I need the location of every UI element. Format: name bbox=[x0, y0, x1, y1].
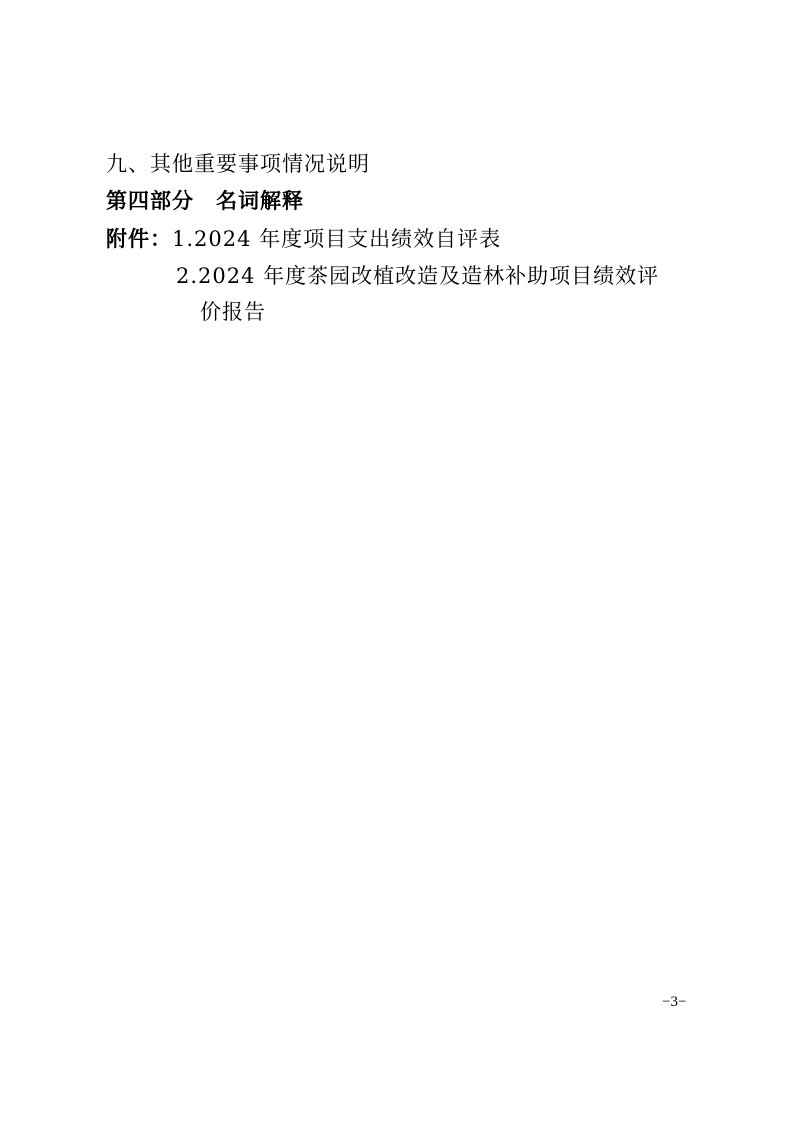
attachment-item-2: 2.2024 年度茶园改植改造及造林补助项目绩效评 bbox=[176, 262, 659, 290]
attachment-item-1: 1.2024 年度项目支出绩效自评表 bbox=[172, 227, 501, 251]
section-nine-heading: 九、其他重要事项情况说明 bbox=[106, 150, 370, 178]
attachment-line-1: 附件：1.2024 年度项目支出绩效自评表 bbox=[106, 225, 501, 253]
part-four-heading: 第四部分 名词解释 bbox=[106, 187, 304, 215]
attachment-label: 附件： bbox=[106, 227, 172, 251]
attachment-item-2-continued: 价报告 bbox=[200, 298, 266, 326]
page-number: −3− bbox=[662, 994, 686, 1011]
